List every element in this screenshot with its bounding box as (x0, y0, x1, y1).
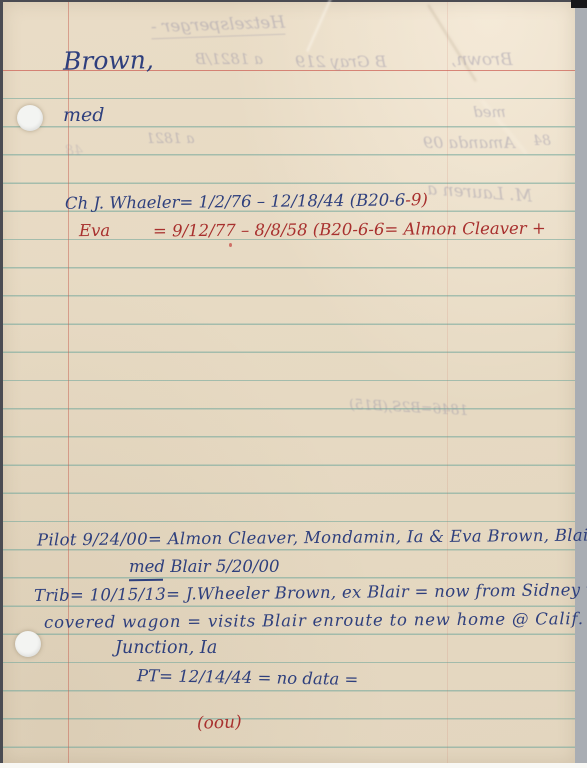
entry-line-pt: PT= 12/14/44 = no data = (137, 668, 359, 688)
footer-code: (oou) (197, 714, 242, 733)
entry-line-trib-3: Junction, Ia (115, 640, 217, 658)
entry-line-eva-detail: = 9/12/77 – 8/8/58 (B20-6-6= Almon Cleav… (153, 221, 546, 240)
bleed-through-text: med (473, 105, 506, 120)
ink-speck (229, 243, 232, 247)
bleed-through-header: Hetzelsperger - (151, 15, 286, 40)
scanner-edge-corner (571, 0, 587, 8)
entry-line-child: Ch J. Whaeler= 1/2/76 – 12/18/44 (B20-6-… (65, 192, 428, 212)
ruled-lines (3, 71, 575, 763)
entry-line-pilot-2: med Blair 5/20/00 (129, 559, 279, 576)
bleed-through-text: 84 (533, 134, 551, 148)
bleed-through-text: Brown, (451, 52, 513, 69)
notebook-page: Hetzelsperger - a 1821/B B Gray 219 Brow… (3, 2, 575, 763)
punch-hole-top (17, 105, 43, 131)
entry-line-trib-2: covered wagon = visits Blair enroute to … (44, 611, 584, 631)
entry-line-eva-name: Eva (79, 223, 110, 240)
paper-crease (306, 0, 331, 52)
bleed-through-text: B Gray 219 (295, 54, 386, 70)
bleed-through-text: Amanda 09 (423, 135, 515, 151)
note-med: med (63, 106, 104, 125)
bleed-through-text: 48 (65, 144, 83, 158)
bleed-through-text: a 1821 (146, 132, 194, 146)
punch-hole-bottom (15, 631, 41, 657)
scanner-edge-bottom (0, 763, 587, 768)
red-margin-line-bleed (447, 2, 448, 763)
surname-heading: Brown, (63, 47, 154, 74)
entry-child-red-addition: -9) (405, 190, 428, 209)
scanner-edge-right (575, 0, 587, 768)
bleed-through-text: a 1821/B (195, 52, 263, 67)
entry-child-blue: Ch J. Whaeler= 1/2/76 – 12/18/44 (B20-6 (65, 190, 406, 213)
